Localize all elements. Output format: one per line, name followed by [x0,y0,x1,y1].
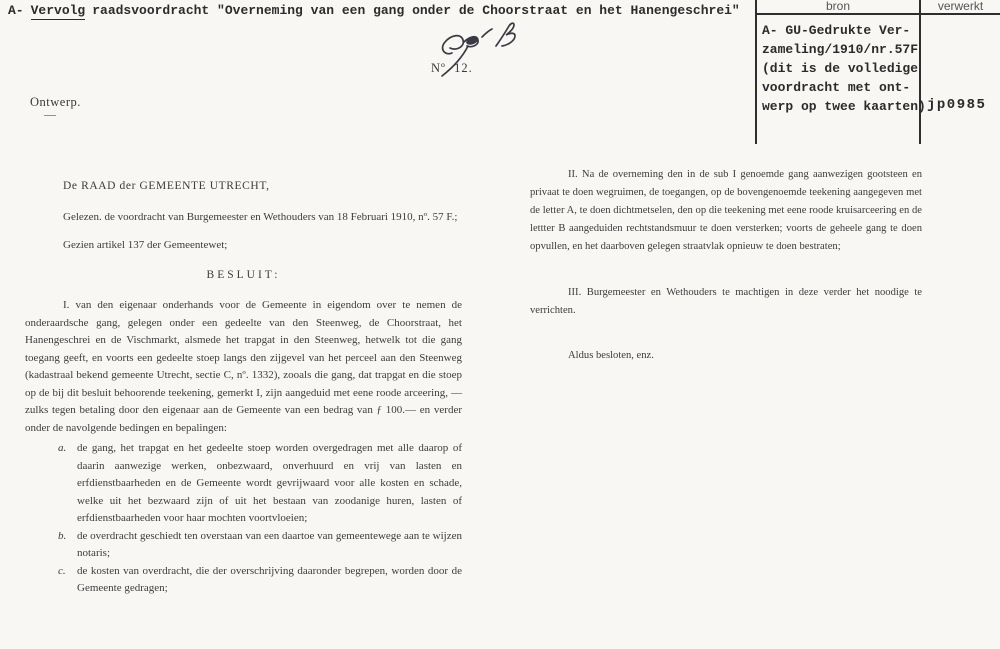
bron-line: werp op twee kaarten) [762,97,926,116]
paragraph-gezien: Gezien artikel 137 der Gemeentewet; [25,237,462,255]
document-number: Nº. 12. [431,61,473,76]
stamp-table-left-border [755,0,757,144]
condition-label: a. [58,440,77,528]
header-underlined-word: Vervolg [31,3,86,20]
header-title-text: raadsvoordracht "Overneming van een gang… [92,3,740,18]
besluit-heading: BESLUIT: [25,267,462,285]
document-header-line: A-Vervolgraadsvoordracht "Overneming van… [8,3,740,18]
condition-item-a: a. de gang, het trapgat en het gedeelte … [58,440,462,528]
condition-label: b. [58,528,77,563]
paragraph-gelezen: Gelezen. de voordracht van Burgemeester … [25,209,462,227]
scanned-document-page: A-Vervolgraadsvoordracht "Overneming van… [0,0,1000,649]
condition-text: de gang, het trapgat en het gedeelte sto… [77,440,462,528]
council-salutation: De RAAD der GEMEENTE UTRECHT, [63,178,462,196]
decision-item-III: III. Burgemeester en Wethouders te macht… [530,284,922,320]
stamp-table-bron-cell: A- GU-Gedrukte Ver- zameling/1910/nr.57F… [762,21,926,116]
bron-line: A- GU-Gedrukte Ver- [762,21,926,40]
closing-formula: Aldus besloten, enz. [568,347,922,365]
right-text-column: II. Na de overneming den in de sub I gen… [530,166,922,365]
condition-list: a. de gang, het trapgat en het gedeelte … [58,440,462,598]
ontwerp-dash: — [44,107,56,122]
bron-line: voordracht met ont- [762,78,926,97]
decision-item-I: I. van den eigenaar onderhands voor de G… [25,297,462,437]
stamp-table-header-rule [755,13,1000,15]
bron-line: zameling/1910/nr.57F [762,40,926,59]
header-prefix: A- [8,3,24,18]
condition-item-c: c. de kosten van overdracht, die der ove… [58,563,462,598]
condition-text: de overdracht geschiedt ten overstaan va… [77,528,462,563]
stamp-table-header-bron: bron [757,0,919,13]
stamp-table-header-verwerkt: verwerkt [921,0,1000,13]
left-text-column: De RAAD der GEMEENTE UTRECHT, Gelezen. d… [25,178,462,598]
decision-item-II: II. Na de overneming den in de sub I gen… [530,166,922,256]
condition-item-b: b. de overdracht geschiedt ten overstaan… [58,528,462,563]
stamp-table-verwerkt-cell: jp0985 [927,97,986,113]
condition-text: de kosten van overdracht, die der oversc… [77,563,462,598]
condition-label: c. [58,563,77,598]
bron-line: (dit is de volledige [762,59,926,78]
